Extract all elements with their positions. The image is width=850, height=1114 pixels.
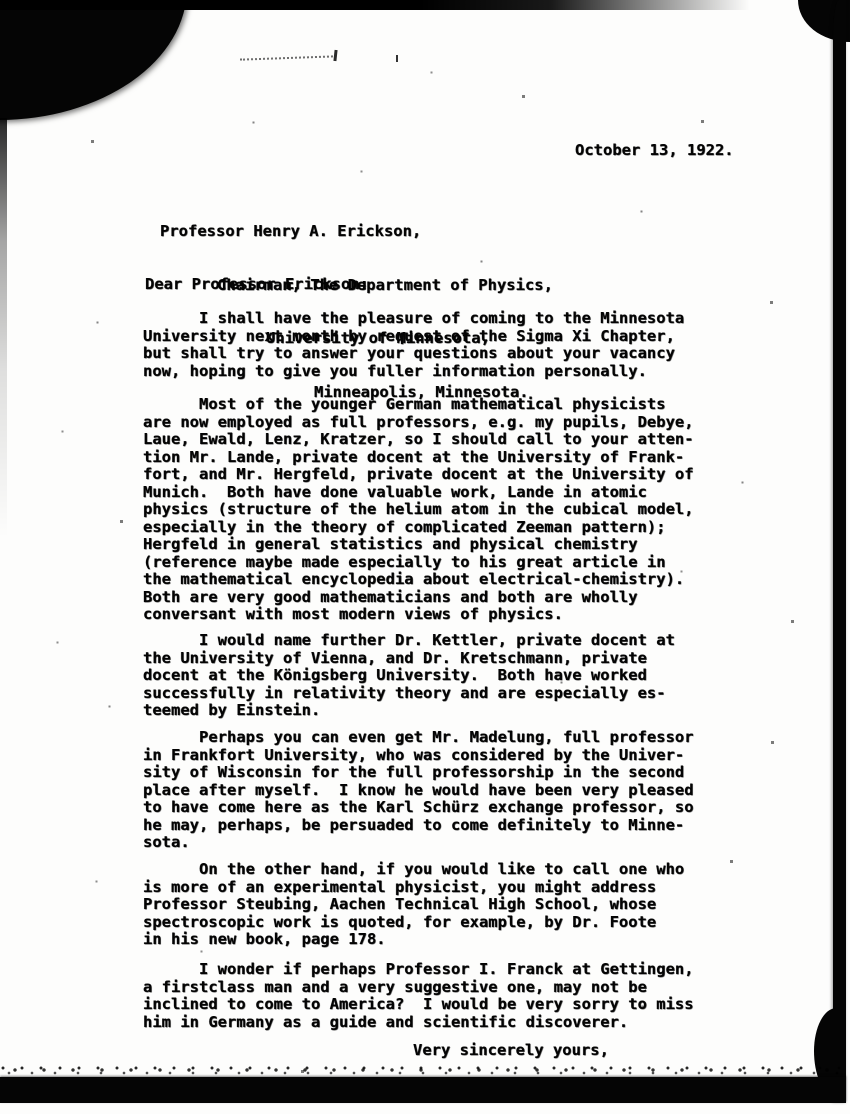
recipient-name: Professor Henry A. Erickson, <box>160 222 553 241</box>
scan-edge-left-fuzz <box>0 118 7 678</box>
scan-edge-right <box>833 0 846 1102</box>
scan-edge-bottom-fuzz <box>0 1064 846 1078</box>
salutation: Dear Professor Erickson: <box>145 276 369 294</box>
letter-date: October 13, 1922. <box>575 142 734 160</box>
scan-edge-top <box>0 0 765 10</box>
pencil-tick-mark <box>333 50 337 61</box>
scan-noise-specks <box>0 0 1 1</box>
scan-corner-top-left <box>0 0 187 120</box>
closing-valediction: Very sincerely yours, <box>413 1042 609 1060</box>
paragraph-1: I shall have the pleasure of coming to t… <box>143 310 773 380</box>
pencil-scribble <box>240 55 336 60</box>
paragraph-2: Most of the younger German mathematical … <box>143 396 773 624</box>
paragraph-6: I wonder if perhaps Professor I. Franck … <box>143 961 773 1031</box>
paragraph-3: I would name further Dr. Kettler, privat… <box>143 632 773 720</box>
scanned-letter-page: October 13, 1922. Professor Henry A. Eri… <box>0 0 850 1114</box>
pencil-dot-mark <box>396 55 398 62</box>
scan-edge-bottom <box>0 1077 846 1103</box>
paragraph-4: Perhaps you can even get Mr. Madelung, f… <box>143 729 773 852</box>
paragraph-5: On the other hand, if you would like to … <box>143 861 773 949</box>
